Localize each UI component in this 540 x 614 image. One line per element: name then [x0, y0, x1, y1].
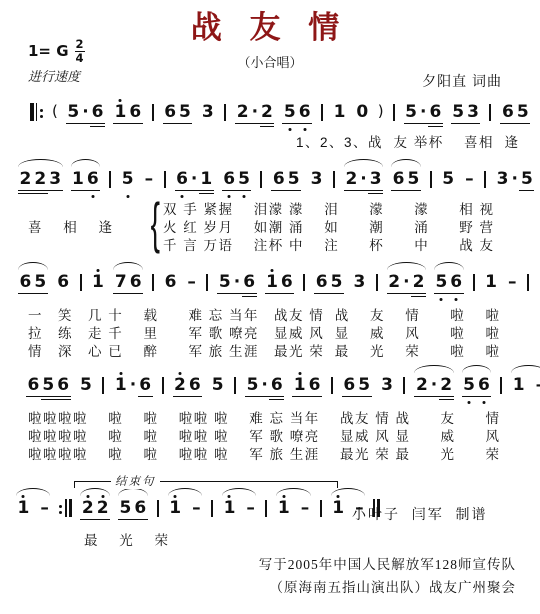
note-group: 5·6 — [66, 104, 105, 121]
music-line-5: 1–22561–1–1–1– — [16, 499, 380, 517]
key-signature: 1= G 2 4 — [28, 38, 85, 64]
lyric-line-4-verse-1: 啦啦啦啦 啦 啦 啦啦 啦 难 忘 当年 战友 情 战 友 情 — [28, 407, 501, 427]
note-group: 5 — [441, 171, 456, 188]
octave-dot-above — [101, 495, 104, 498]
music-line-4: 65651·62655·6166532·2561– — [26, 377, 540, 394]
note-group: 56 — [462, 377, 492, 394]
note-group: 1– — [511, 377, 540, 394]
note-group: 65 — [342, 377, 372, 394]
note-group: 2·3 — [344, 171, 383, 188]
note-group: 16 — [265, 274, 295, 291]
note-group: – — [143, 171, 155, 188]
note-group: 3 — [380, 377, 395, 394]
note-group: 1·6 — [113, 377, 152, 394]
note-group: 5 — [120, 171, 135, 188]
ending-phrase-bracket: 结束句 — [74, 481, 338, 488]
note-group: 26 — [173, 377, 203, 394]
octave-dot-above — [228, 495, 231, 498]
octave-dot-below — [468, 401, 471, 404]
lyric-line-2-verse-2: 火 红 岁月 如潮 涌 如 潮 涌 野 营 — [163, 216, 495, 236]
octave-dot-above — [174, 495, 177, 498]
note-group: 5·6 — [245, 377, 284, 394]
note-group: 1 — [484, 274, 499, 291]
note-group: 76 — [113, 274, 143, 291]
time-signature-denominator: 4 — [75, 51, 85, 65]
lyric-line-5: 最 光 荣 — [84, 529, 170, 549]
note-group: 656 — [26, 377, 71, 394]
note-group: – — [186, 274, 198, 291]
tempo-marking: 进行速度 — [28, 66, 80, 85]
octave-dot-above — [298, 372, 301, 375]
note-group: 5 — [79, 377, 94, 394]
note-group: 1– — [276, 500, 310, 517]
lyric-line-4-verse-3: 啦啦啦啦 啦 啦 啦啦 啦 军 旅 生涯 最光 荣 最 光 荣 — [28, 443, 501, 463]
sheet-music-page: 战 友 情 （小合唱） 1= G 2 4 进行速度 夕阳直 词曲 (5·6166… — [0, 0, 540, 614]
octave-dot-below — [455, 298, 458, 301]
lyric-line-4-verse-2: 啦啦啦啦 啦 啦 啦啦 啦 军 歌 嘹亮 显威 风 显 威 风 — [28, 425, 501, 445]
octave-dot-below — [91, 195, 94, 198]
note-group: 65 — [222, 171, 252, 188]
octave-dot-above — [270, 269, 273, 272]
note-group: 16 — [292, 377, 322, 394]
note-group: 1 — [332, 104, 347, 121]
music-line-2: 223165–6·1656532·3655–3·5 — [18, 171, 540, 188]
octave-dot-above — [178, 372, 181, 375]
slur-arc — [511, 365, 540, 373]
lyric-line-1: 1、2、3、战 友 举杯 喜相 逢 — [296, 131, 520, 151]
lyric-line-3-verse-3: 情 深 心 已 醉 军 旅 生涯 最光 荣 最 光 荣 啦 啦 — [28, 340, 501, 360]
octave-dot-above — [96, 269, 99, 272]
octave-dot-below — [288, 128, 291, 131]
note-group: 65 — [500, 104, 530, 121]
note-group: 6 — [163, 274, 178, 291]
footnote-line-2: （原海南五指山演出队）战友广州聚会 — [270, 576, 517, 596]
lyric-line-2-intro: 喜 相 逢 — [28, 216, 114, 236]
music-line-1: (5·6166532·25610)5·653653 — [30, 102, 540, 121]
note-group: 1– — [222, 500, 256, 517]
note-group: 6 — [56, 274, 71, 291]
lyric-line-2-verse-1: 双 手 紧握 泪濛 濛 泪 濛 濛 相 视 — [163, 198, 495, 218]
note-group: 22 — [80, 500, 110, 517]
slur-arc — [18, 159, 63, 167]
note-group: 2·2 — [414, 377, 453, 394]
note-group: 3·5 — [495, 171, 534, 188]
slur-arc — [414, 365, 453, 373]
time-signature-numerator: 2 — [76, 38, 84, 51]
slur-arc — [391, 159, 421, 167]
note-group: 2·2 — [387, 274, 426, 291]
slur-arc — [387, 262, 426, 270]
note-group: 65 — [163, 104, 193, 121]
note-group: 3 — [309, 171, 324, 188]
time-signature: 2 4 — [75, 38, 85, 64]
note-group: – — [506, 274, 518, 291]
note-group: 53 — [451, 104, 481, 121]
note-group: – — [464, 171, 476, 188]
note-group: 2·2 — [235, 104, 274, 121]
slur-arc — [80, 488, 110, 496]
note-group: 6·1 — [175, 171, 214, 188]
note-group: 1– — [168, 500, 202, 517]
ending-phrase-label: 结束句 — [111, 473, 160, 489]
begin-repeat-sign — [30, 103, 44, 121]
key-label: 1= G — [28, 42, 69, 60]
note-group: 16 — [71, 171, 101, 188]
note-group: 56 — [434, 274, 464, 291]
note-group: 3 — [352, 274, 367, 291]
note-group: 3 — [200, 104, 215, 121]
verses-brace: { — [151, 193, 160, 253]
note-group: 65 — [18, 274, 48, 291]
slur-arc — [113, 262, 143, 270]
footnote-line-1: 写于2005年中国人民解放军128师宣传队 — [259, 553, 516, 573]
note-group: 56 — [118, 500, 148, 517]
slur-arc — [71, 159, 101, 167]
slur-arc — [18, 262, 48, 270]
octave-dot-above — [282, 495, 285, 498]
note-group: 65 — [271, 171, 301, 188]
octave-dot-above — [86, 495, 89, 498]
octave-dot-below — [482, 401, 485, 404]
lyric-line-3-verse-2: 拉 练 走 千 里 军 歌 嘹亮 显威 风 显 威 风 啦 啦 — [28, 322, 501, 342]
octave-dot-above — [119, 372, 122, 375]
slur-arc — [118, 488, 148, 496]
note-group: 65 — [391, 171, 421, 188]
slur-arc — [462, 365, 492, 373]
note-group: 1 — [91, 274, 106, 291]
note-group: 5 — [210, 377, 225, 394]
note-group: 223 — [18, 171, 63, 188]
octave-dot-below — [440, 298, 443, 301]
music-line-3: 6561766–5·6166532·2561–5·5 — [18, 274, 540, 291]
lyric-line-2-verse-3: 千 言 万语 注杯 中 注 杯 中 战 友 — [163, 234, 495, 254]
octave-dot-above — [22, 495, 25, 498]
note-group: 16 — [113, 104, 143, 121]
note-group: 65 — [314, 274, 344, 291]
note-group: 1– — [16, 500, 50, 517]
octave-dot-above — [119, 99, 122, 102]
note-group: 5·6 — [404, 104, 443, 121]
note-group: 5·6 — [217, 274, 256, 291]
note-group: 0 — [355, 104, 370, 121]
lyric-line-3-verse-1: 一 笑 几 十 载 难 忘 当年 战友 情 战 友 情 啦 啦 — [28, 304, 501, 324]
engraver-credit: 小叶子 闫军 制谱 — [352, 504, 488, 524]
slur-arc — [434, 262, 464, 270]
note-group: 56 — [282, 104, 312, 121]
slur-arc — [344, 159, 383, 167]
end-repeat-sign — [58, 499, 72, 517]
composer-credit: 夕阳直 词曲 — [422, 71, 502, 91]
octave-dot-above — [337, 495, 340, 498]
octave-dot-below — [126, 195, 129, 198]
